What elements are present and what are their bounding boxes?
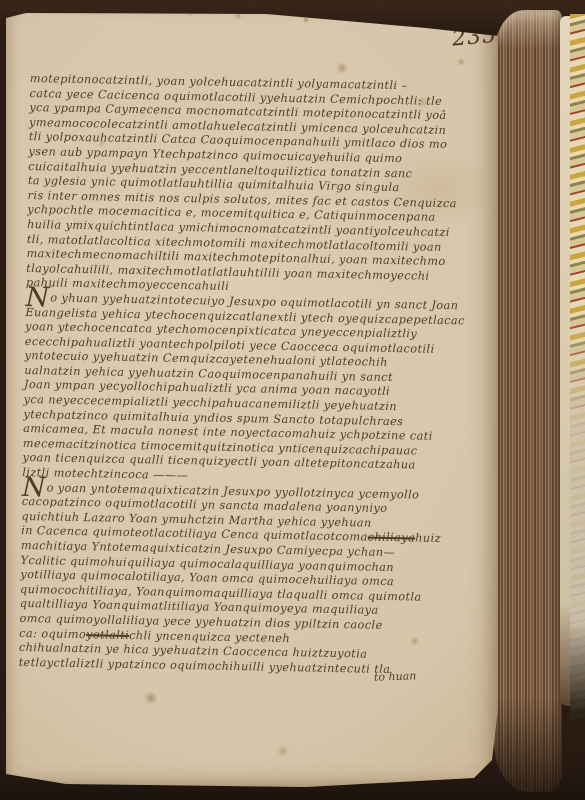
book-fore-edge [494,10,562,792]
paragraph: No yhuan yyehuatzintotecuiyo Jesuxpo oqu… [22,291,470,489]
manuscript-page: 235. motepitonocatzintli, yoan yolcehuac… [6,8,498,788]
catchword: to huan [374,669,417,683]
photo-background: 235. motepitonocatzintli, yoan yolcehuac… [0,0,585,800]
paragraph: motepitonocatzintli, yoan yolcehuacatzin… [26,72,474,299]
manuscript-text: motepitonocatzintli, yoan yolcehuacatzin… [19,72,474,679]
paragraph: No yoan yntotemaquixticatzin Jesuxpo yyo… [19,481,467,679]
marbled-page-edge [570,14,585,720]
